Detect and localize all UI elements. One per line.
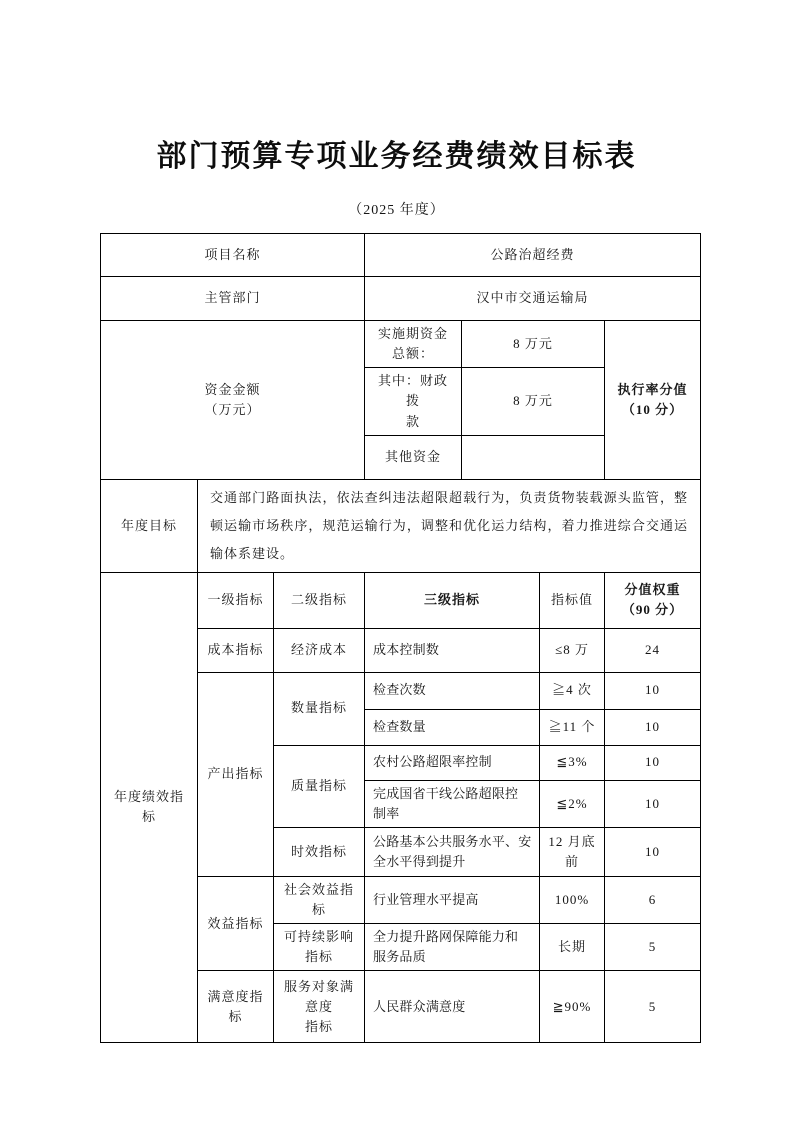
indicator-l1: 成本指标 (198, 628, 274, 672)
indicator-l2: 质量指标 (274, 745, 365, 827)
indicator-l2: 服务对象满 意度 指标 (274, 971, 365, 1043)
funding-other-value (462, 435, 605, 479)
indicator-header-row: 年度绩效指标 一级指标 二级指标 三级指标 指标值 分值权重 （90 分） (101, 572, 701, 628)
indicator-value: 长期 (540, 924, 605, 971)
department-value: 汉中市交通运输局 (365, 277, 701, 321)
header-indicator-value: 指标值 (540, 572, 605, 628)
page-title: 部门预算专项业务经费绩效目标表 (0, 0, 793, 178)
indicator-value: 100% (540, 876, 605, 923)
table-row: 资金金额 （万元） 实施期资金 总额： 8 万元 执行率分值 （10 分） (101, 321, 701, 368)
indicator-value: 12 月底 前 (540, 827, 605, 876)
project-name-label: 项目名称 (101, 234, 365, 277)
indicator-weight: 24 (605, 628, 701, 672)
document-page: 部门预算专项业务经费绩效目标表 （2025 年度） 项目名称 公路治超经费 主管… (0, 0, 793, 1122)
indicator-l2: 数量指标 (274, 672, 365, 745)
department-label: 主管部门 (101, 277, 365, 321)
indicator-value: ≦2% (540, 780, 605, 827)
indicator-value: ≦3% (540, 745, 605, 780)
indicator-l3: 检查次数 (365, 672, 540, 709)
indicator-weight: 5 (605, 971, 701, 1043)
performance-target-table: 项目名称 公路治超经费 主管部门 汉中市交通运输局 资金金额 （万元） 实施期资… (100, 233, 701, 1043)
indicator-value: ≧4 次 (540, 672, 605, 709)
indicator-l3: 检查数量 (365, 709, 540, 745)
indicator-l2: 可持续影响 指标 (274, 924, 365, 971)
header-weight: 分值权重 （90 分） (605, 572, 701, 628)
indicator-l3: 公路基本公共服务水平、安 全水平得到提升 (365, 827, 540, 876)
funding-amount-label: 资金金额 （万元） (101, 321, 365, 480)
indicator-l3: 成本控制数 (365, 628, 540, 672)
indicator-l1: 满意度指 标 (198, 971, 274, 1043)
indicator-weight: 6 (605, 876, 701, 923)
indicator-l3: 农村公路超限率控制 (365, 745, 540, 780)
indicator-weight: 10 (605, 709, 701, 745)
header-level3: 三级指标 (365, 572, 540, 628)
page-subtitle: （2025 年度） (0, 202, 793, 219)
indicator-value: ≧90% (540, 971, 605, 1043)
indicator-weight: 10 (605, 672, 701, 709)
table-row: 年度目标 交通部门路面执法，依法查纠违法超限超载行为，负责货物装载源头监管，整顿… (101, 479, 701, 572)
header-level2: 二级指标 (274, 572, 365, 628)
indicator-l2: 经济成本 (274, 628, 365, 672)
table-row: 项目名称 公路治超经费 (101, 234, 701, 277)
funding-period-total-value: 8 万元 (462, 321, 605, 368)
indicator-l3: 行业管理水平提高 (365, 876, 540, 923)
execution-rate-score: 执行率分值 （10 分） (605, 321, 701, 480)
indicator-l3: 人民群众满意度 (365, 971, 540, 1043)
funding-fiscal-label: 其中：财政拨 款 (365, 368, 462, 435)
indicator-value: ≤8 万 (540, 628, 605, 672)
indicator-weight: 5 (605, 924, 701, 971)
indicator-l2: 社会效益指 标 (274, 876, 365, 923)
indicator-value: ≧11 个 (540, 709, 605, 745)
project-name-value: 公路治超经费 (365, 234, 701, 277)
header-level1: 一级指标 (198, 572, 274, 628)
funding-period-total-label: 实施期资金 总额： (365, 321, 462, 368)
annual-performance-section-label: 年度绩效指标 (101, 572, 198, 1043)
funding-fiscal-value: 8 万元 (462, 368, 605, 435)
indicator-weight: 10 (605, 827, 701, 876)
indicator-l3: 完成国省干线公路超限控 制率 (365, 780, 540, 827)
indicator-weight: 10 (605, 780, 701, 827)
annual-goal-text: 交通部门路面执法，依法查纠违法超限超载行为，负责货物装载源头监管，整顿运输市场秩… (198, 479, 701, 572)
indicator-l1: 效益指标 (198, 876, 274, 971)
indicator-l3: 全力提升路网保障能力和 服务品质 (365, 924, 540, 971)
indicator-l1: 产出指标 (198, 672, 274, 876)
annual-goal-label: 年度目标 (101, 479, 198, 572)
indicator-l2: 时效指标 (274, 827, 365, 876)
funding-other-label: 其他资金 (365, 435, 462, 479)
indicator-weight: 10 (605, 745, 701, 780)
table-row: 主管部门 汉中市交通运输局 (101, 277, 701, 321)
